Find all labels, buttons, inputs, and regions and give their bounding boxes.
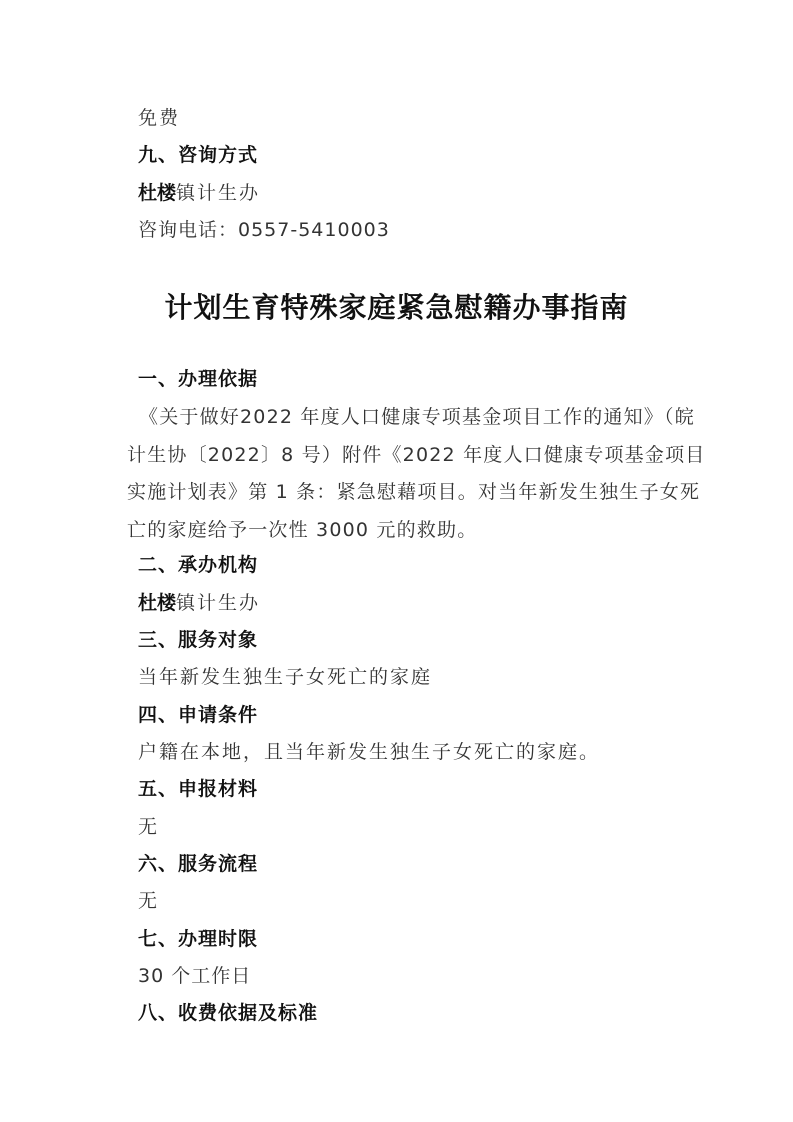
section-2-body: 杜楼镇计生办: [138, 591, 260, 615]
consult-org: 杜楼镇计生办: [138, 181, 260, 205]
section-4-heading: 四、申请条件: [138, 703, 258, 727]
section-6-body: 无: [138, 889, 159, 913]
section-5-heading: 五、申报材料: [138, 777, 258, 801]
consult-heading: 九、咨询方式: [138, 143, 258, 167]
section-2-heading: 二、承办机构: [138, 553, 258, 577]
section-1-heading: 一、办理依据: [138, 367, 258, 391]
consult-phone: 咨询电话：0557-5410003: [138, 218, 390, 242]
section-4-body: 户籍在本地，且当年新发生独生子女死亡的家庭。: [138, 740, 600, 764]
section-5-body: 无: [138, 815, 159, 839]
section-6-heading: 六、服务流程: [138, 852, 258, 876]
fee-value: 免费: [138, 106, 180, 130]
section-8-heading: 八、收费依据及标准: [138, 1001, 318, 1025]
section-2-body-bold: 杜楼: [138, 592, 176, 614]
section-1-body: 《关于做好2022 年度人口健康专项基金项目工作的通知》（皖计生协〔2022〕8…: [127, 399, 707, 549]
section-2-body-rest: 镇计生办: [176, 592, 260, 614]
consult-org-bold: 杜楼: [138, 182, 176, 204]
consult-org-rest: 镇计生办: [176, 182, 260, 204]
section-7-body: 30 个工作日: [138, 964, 251, 988]
document-title: 计划生育特殊家庭紧急慰籍办事指南: [0, 286, 793, 326]
section-3-body: 当年新发生独生子女死亡的家庭: [138, 665, 432, 689]
section-7-heading: 七、办理时限: [138, 927, 258, 951]
section-3-heading: 三、服务对象: [138, 628, 258, 652]
